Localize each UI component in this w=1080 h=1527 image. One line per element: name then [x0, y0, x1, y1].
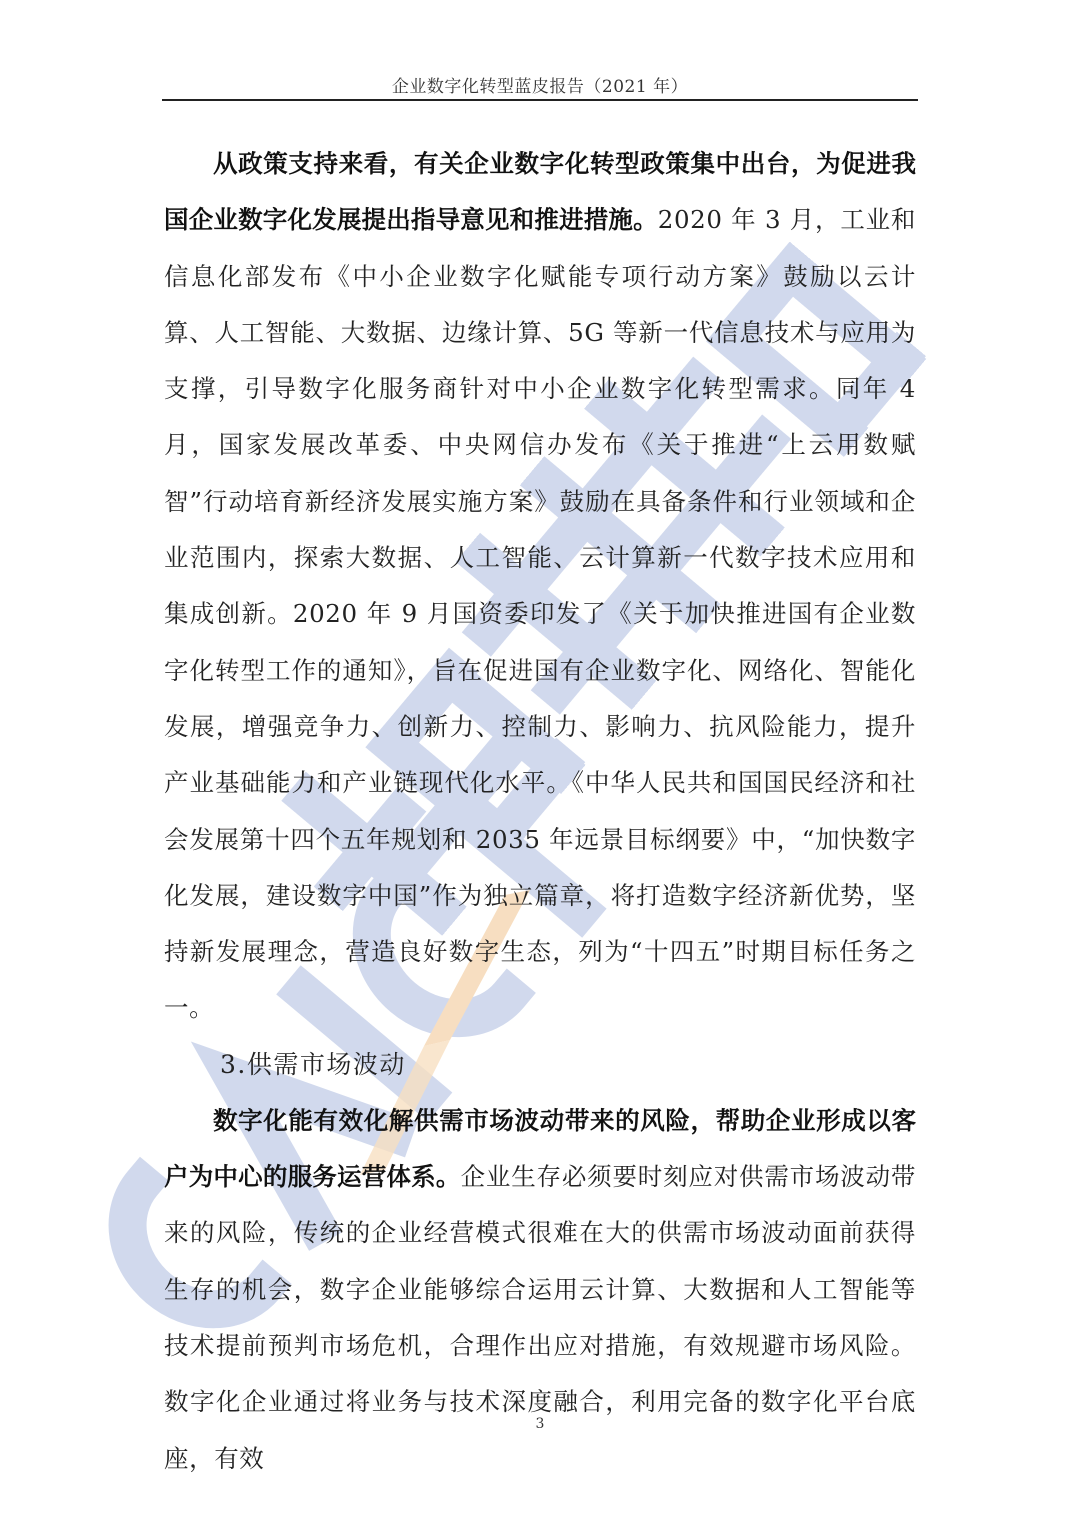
paragraph-policy-support: 从政策支持来看，有关企业数字化转型政策集中出台，为促进我国企业数字化发展提出指导…	[164, 136, 916, 1037]
running-header: 企业数字化转型蓝皮报告（2021 年）	[162, 74, 918, 100]
document-page: 企业数字化转型蓝皮报告（2021 年） 从政策支持来看，有关企业数字化转型政策集…	[0, 0, 1080, 1527]
document-body: 从政策支持来看，有关企业数字化转型政策集中出台，为促进我国企业数字化发展提出指导…	[164, 136, 916, 1487]
paragraph-supply-demand: 数字化能有效化解供需市场波动带来的风险，帮助企业形成以客户为中心的服务运营体系。…	[164, 1093, 916, 1487]
header-divider	[162, 99, 918, 101]
paragraph-body-text: 2020 年 3 月，工业和信息化部发布《中小企业数字化赋能专项行动方案》鼓励以…	[164, 205, 916, 1022]
section-heading: 3.供需市场波动	[164, 1037, 916, 1093]
paragraph-body-text: 企业生存必须要时刻应对供需市场波动带来的风险，传统的企业经营模式很难在大的供需市…	[164, 1162, 916, 1472]
